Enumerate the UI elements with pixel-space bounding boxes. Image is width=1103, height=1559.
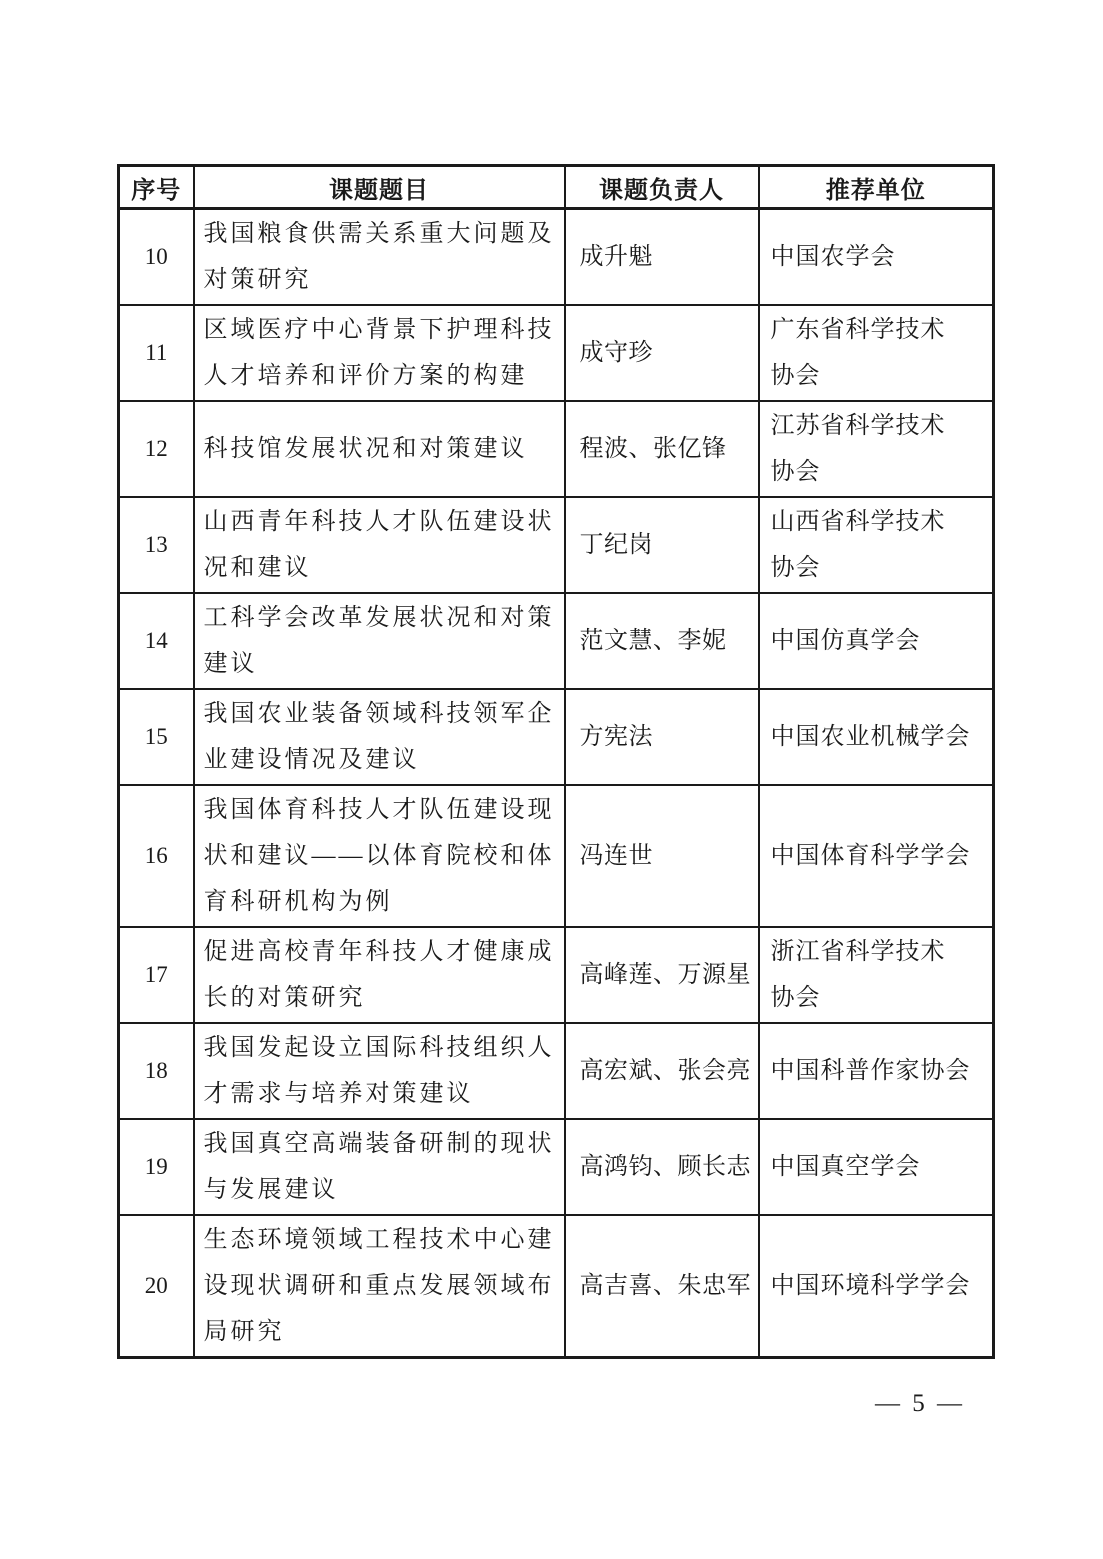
row-serial-number: 12 bbox=[119, 401, 194, 497]
table-row: 12科技馆发展状况和对策建议程波、张亿锋江苏省科学技术 协会 bbox=[119, 401, 994, 497]
topic-leader: 成升魁 bbox=[565, 209, 759, 306]
header-row: 序号 课题题目 课题负责人 推荐单位 bbox=[119, 166, 994, 209]
table-row: 10我国粮食供需关系重大问题及 对策研究成升魁中国农学会 bbox=[119, 209, 994, 306]
topic-title: 我国真空高端装备研制的现状 与发展建议 bbox=[194, 1119, 565, 1215]
table-row: 14工科学会改革发展状况和对策 建议范文慧、李妮中国仿真学会 bbox=[119, 593, 994, 689]
document-page: 序号 课题题目 课题负责人 推荐单位 10我国粮食供需关系重大问题及 对策研究成… bbox=[0, 0, 1103, 1559]
topic-leader: 高宏斌、张会亮 bbox=[565, 1023, 759, 1119]
recommending-unit: 中国科普作家协会 bbox=[759, 1023, 994, 1119]
recommending-unit: 中国仿真学会 bbox=[759, 593, 994, 689]
topic-title: 我国农业装备领域科技领军企 业建设情况及建议 bbox=[194, 689, 565, 785]
table-row: 16我国体育科技人才队伍建设现 状和建议——以体育院校和体 育科研机构为例冯连世… bbox=[119, 785, 994, 927]
recommending-unit: 中国环境科学学会 bbox=[759, 1215, 994, 1358]
topic-leader: 高峰莲、万源星 bbox=[565, 927, 759, 1023]
recommending-unit: 中国农学会 bbox=[759, 209, 994, 306]
topic-title: 我国发起设立国际科技组织人 才需求与培养对策建议 bbox=[194, 1023, 565, 1119]
row-serial-number: 16 bbox=[119, 785, 194, 927]
recommending-unit: 江苏省科学技术 协会 bbox=[759, 401, 994, 497]
header-recommending-unit: 推荐单位 bbox=[759, 166, 994, 209]
table-row: 13山西青年科技人才队伍建设状 况和建议丁纪岗山西省科学技术 协会 bbox=[119, 497, 994, 593]
table-row: 18我国发起设立国际科技组织人 才需求与培养对策建议高宏斌、张会亮中国科普作家协… bbox=[119, 1023, 994, 1119]
table-row: 20生态环境领域工程技术中心建 设现状调研和重点发展领域布 局研究高吉喜、朱忠军… bbox=[119, 1215, 994, 1358]
row-serial-number: 20 bbox=[119, 1215, 194, 1358]
topic-leader: 程波、张亿锋 bbox=[565, 401, 759, 497]
row-serial-number: 13 bbox=[119, 497, 194, 593]
row-serial-number: 14 bbox=[119, 593, 194, 689]
recommending-unit: 中国真空学会 bbox=[759, 1119, 994, 1215]
header-topic-title: 课题题目 bbox=[194, 166, 565, 209]
topics-table: 序号 课题题目 课题负责人 推荐单位 10我国粮食供需关系重大问题及 对策研究成… bbox=[117, 164, 995, 1359]
topic-leader: 丁纪岗 bbox=[565, 497, 759, 593]
topic-title: 工科学会改革发展状况和对策 建议 bbox=[194, 593, 565, 689]
topic-leader: 方宪法 bbox=[565, 689, 759, 785]
topic-title: 山西青年科技人才队伍建设状 况和建议 bbox=[194, 497, 565, 593]
recommending-unit: 山西省科学技术 协会 bbox=[759, 497, 994, 593]
row-serial-number: 17 bbox=[119, 927, 194, 1023]
recommending-unit: 中国农业机械学会 bbox=[759, 689, 994, 785]
table-row: 15我国农业装备领域科技领军企 业建设情况及建议方宪法中国农业机械学会 bbox=[119, 689, 994, 785]
topic-title: 我国粮食供需关系重大问题及 对策研究 bbox=[194, 209, 565, 306]
header-topic-leader: 课题负责人 bbox=[565, 166, 759, 209]
topic-title: 我国体育科技人才队伍建设现 状和建议——以体育院校和体 育科研机构为例 bbox=[194, 785, 565, 927]
topic-title: 科技馆发展状况和对策建议 bbox=[194, 401, 565, 497]
topic-leader: 高吉喜、朱忠军 bbox=[565, 1215, 759, 1358]
page-number: — 5 — bbox=[875, 1390, 965, 1418]
row-serial-number: 18 bbox=[119, 1023, 194, 1119]
row-serial-number: 19 bbox=[119, 1119, 194, 1215]
topic-leader: 范文慧、李妮 bbox=[565, 593, 759, 689]
recommending-unit: 浙江省科学技术 协会 bbox=[759, 927, 994, 1023]
recommending-unit: 中国体育科学学会 bbox=[759, 785, 994, 927]
topic-leader: 冯连世 bbox=[565, 785, 759, 927]
row-serial-number: 15 bbox=[119, 689, 194, 785]
row-serial-number: 11 bbox=[119, 305, 194, 401]
recommending-unit: 广东省科学技术 协会 bbox=[759, 305, 994, 401]
topic-title: 生态环境领域工程技术中心建 设现状调研和重点发展领域布 局研究 bbox=[194, 1215, 565, 1358]
table-row: 11区域医疗中心背景下护理科技 人才培养和评价方案的构建成守珍广东省科学技术 协… bbox=[119, 305, 994, 401]
topic-leader: 成守珍 bbox=[565, 305, 759, 401]
row-serial-number: 10 bbox=[119, 209, 194, 306]
topic-leader: 高鸿钧、顾长志 bbox=[565, 1119, 759, 1215]
table-row: 17促进高校青年科技人才健康成 长的对策研究高峰莲、万源星浙江省科学技术 协会 bbox=[119, 927, 994, 1023]
table-row: 19我国真空高端装备研制的现状 与发展建议高鸿钧、顾长志中国真空学会 bbox=[119, 1119, 994, 1215]
header-serial-number: 序号 bbox=[119, 166, 194, 209]
topic-title: 区域医疗中心背景下护理科技 人才培养和评价方案的构建 bbox=[194, 305, 565, 401]
topic-title: 促进高校青年科技人才健康成 长的对策研究 bbox=[194, 927, 565, 1023]
